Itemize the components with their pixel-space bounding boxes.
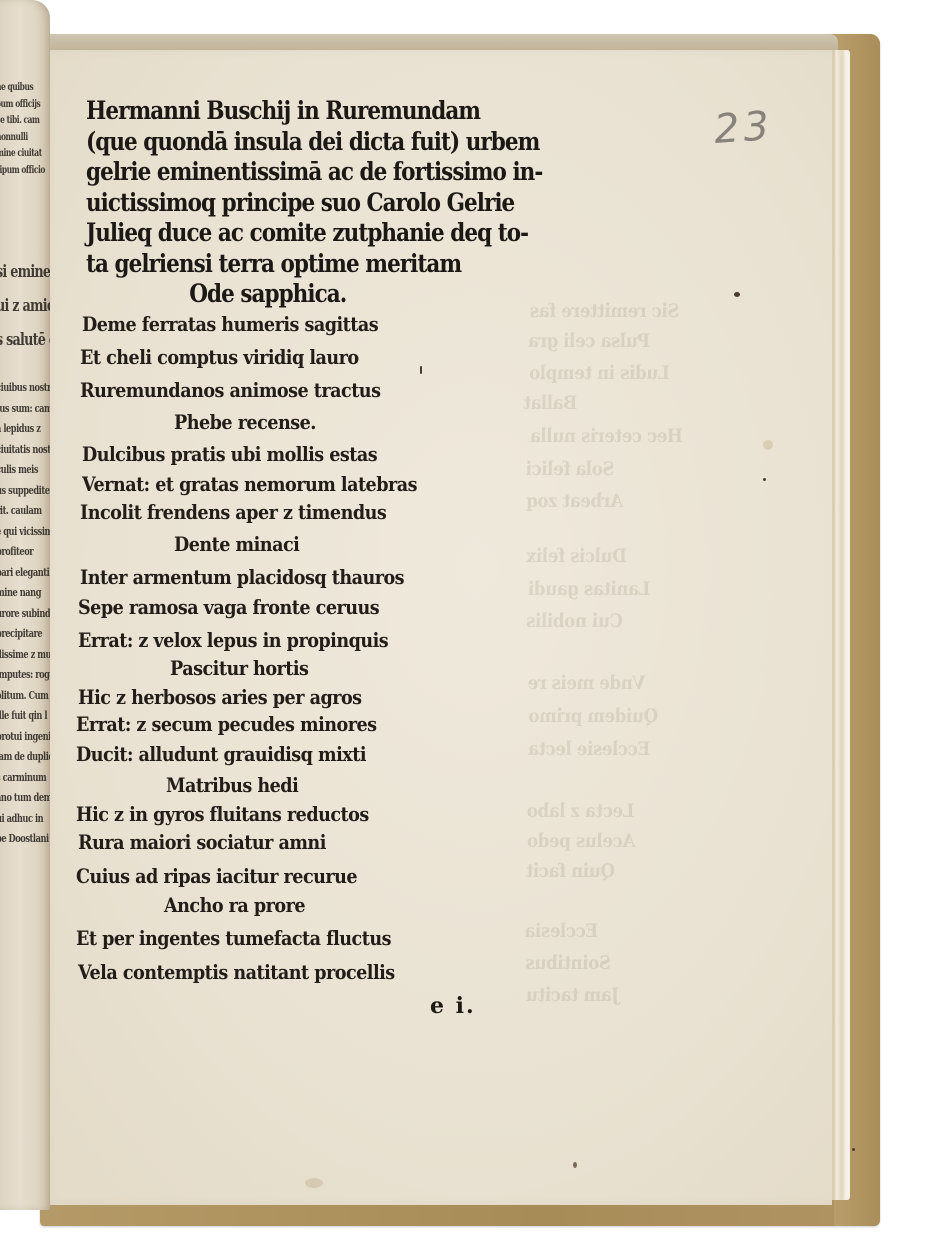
verso-line: pari eleganti xyxy=(0,563,41,584)
title-line: Hermanni Buschij in Ruremundam xyxy=(86,96,499,127)
title-line: Julieq duce ac comite zutphanie deq to- xyxy=(86,218,499,249)
verso-line: ciuibus nostri xyxy=(0,378,41,399)
verso-line: ciuitatis nostr xyxy=(0,440,41,461)
verse-line: Incolit frendens aper z timendus xyxy=(80,500,386,524)
title-line: ta gelriensi terra optime meritam xyxy=(86,249,499,280)
verse-line-indented: Matribus hedi xyxy=(166,773,298,797)
verso-line: ripum officio xyxy=(0,163,41,180)
verso-line: imputes: roga xyxy=(0,665,41,686)
verso-line: urore subinde xyxy=(0,604,41,625)
verso-line: ui z amica xyxy=(0,289,41,323)
verso-line: pe Doostlani xyxy=(0,829,41,850)
verso-line: ui adhuc in xyxy=(0,809,41,830)
title-block: Hermanni Buschij in Ruremundam (que quon… xyxy=(86,96,566,310)
title-line: gelrie eminentissimā ac de fortissimo in… xyxy=(86,157,499,188)
verso-line: s carminum xyxy=(0,768,41,789)
verso-line: ille fuit qin l xyxy=(0,706,41,727)
verso-line: tus sum: cam xyxy=(0,399,41,420)
verse-line: Errat: z velox lepus in propinquis xyxy=(78,628,388,652)
verso-line: rit. caulam xyxy=(0,501,41,522)
subtitle-ode-sapphica: Ode sapphica. xyxy=(86,279,499,310)
verso-line: nonnulli xyxy=(0,130,41,147)
verse-line: Vernat: et gratas nemorum latebras xyxy=(82,472,417,496)
verso-line: profiteor xyxy=(0,542,41,563)
verso-text-bottom: ciuibus nostri tus sum: cam a lepidus z … xyxy=(0,378,41,850)
verso-line: ce tibi. cam xyxy=(0,113,41,130)
verse-line: Et cheli comptus viridiq lauro xyxy=(80,345,359,369)
verse-line: Inter armentum placidosq thauros xyxy=(80,565,404,589)
verse-line-indented: Phebe recense. xyxy=(174,410,316,434)
title-line: uictissimoq principe suo Carolo Gelrie xyxy=(86,188,499,219)
verso-line: culis meis xyxy=(0,460,41,481)
verse-line: Hic z in gyros fluitans reductos xyxy=(76,802,369,826)
verso-text-large: si eminent ui z amica s salutē dicit xyxy=(0,255,41,357)
title-line: (que quondā insula dei dicta fuit) urbem xyxy=(86,127,499,158)
verso-line: iam de duplici xyxy=(0,747,41,768)
verse-line: Et per ingentes tumefacta fluctus xyxy=(76,926,391,950)
verse-line: Deme ferratas humeris sagittas xyxy=(82,312,378,336)
verso-line: precipitare xyxy=(0,624,41,645)
pencil-foliation-number: 23 xyxy=(712,103,774,153)
verso-line: si eminent xyxy=(0,255,41,289)
verse-line: Vela contemptis natitant procellis xyxy=(78,960,395,984)
verso-line: ano tum dem xyxy=(0,788,41,809)
verse-line-indented: Pascitur hortis xyxy=(170,656,308,680)
verse-line-indented: Ancho ra prore xyxy=(164,893,305,917)
verso-line: oum officijs xyxy=(0,97,41,114)
verse-line: Errat: z secum pecudes minores xyxy=(76,712,377,736)
verse-line: Ruremundanos animose tractus xyxy=(80,378,380,402)
verse-line: Cuius ad ripas iacitur recurue xyxy=(76,864,357,888)
verso-line: a lepidus z xyxy=(0,419,41,440)
verso-line: ne quibus xyxy=(0,80,41,97)
verso-line: mine nang xyxy=(0,583,41,604)
verse-line: Hic z herbosos aries per agros xyxy=(78,685,362,709)
signature-mark: e i. xyxy=(430,993,476,1019)
verse-line: Sepe ramosa vaga fronte ceruus xyxy=(78,595,379,619)
verso-line: protui ingeni xyxy=(0,727,41,748)
verse-line-indented: Dente minaci xyxy=(174,532,299,556)
verso-line: s salutē dicit xyxy=(0,323,41,357)
verso-page: ne quibus oum officijs ce tibi. cam nonn… xyxy=(0,0,50,1210)
verso-line: mine ciuitat xyxy=(0,146,41,163)
verso-line: olitum. Cum xyxy=(0,686,41,707)
verse-line: Ducit: alludunt grauidisq mixti xyxy=(76,742,366,766)
verso-line: us suppeditem xyxy=(0,481,41,502)
verso-text-top: ne quibus oum officijs ce tibi. cam nonn… xyxy=(0,80,41,179)
verse-line: Dulcibus pratis ubi mollis estas xyxy=(82,442,377,466)
verso-line: dissime z mul xyxy=(0,645,41,666)
verso-line: e qui vicissim xyxy=(0,522,41,543)
verse-line: Rura maiori sociatur amni xyxy=(78,830,326,854)
